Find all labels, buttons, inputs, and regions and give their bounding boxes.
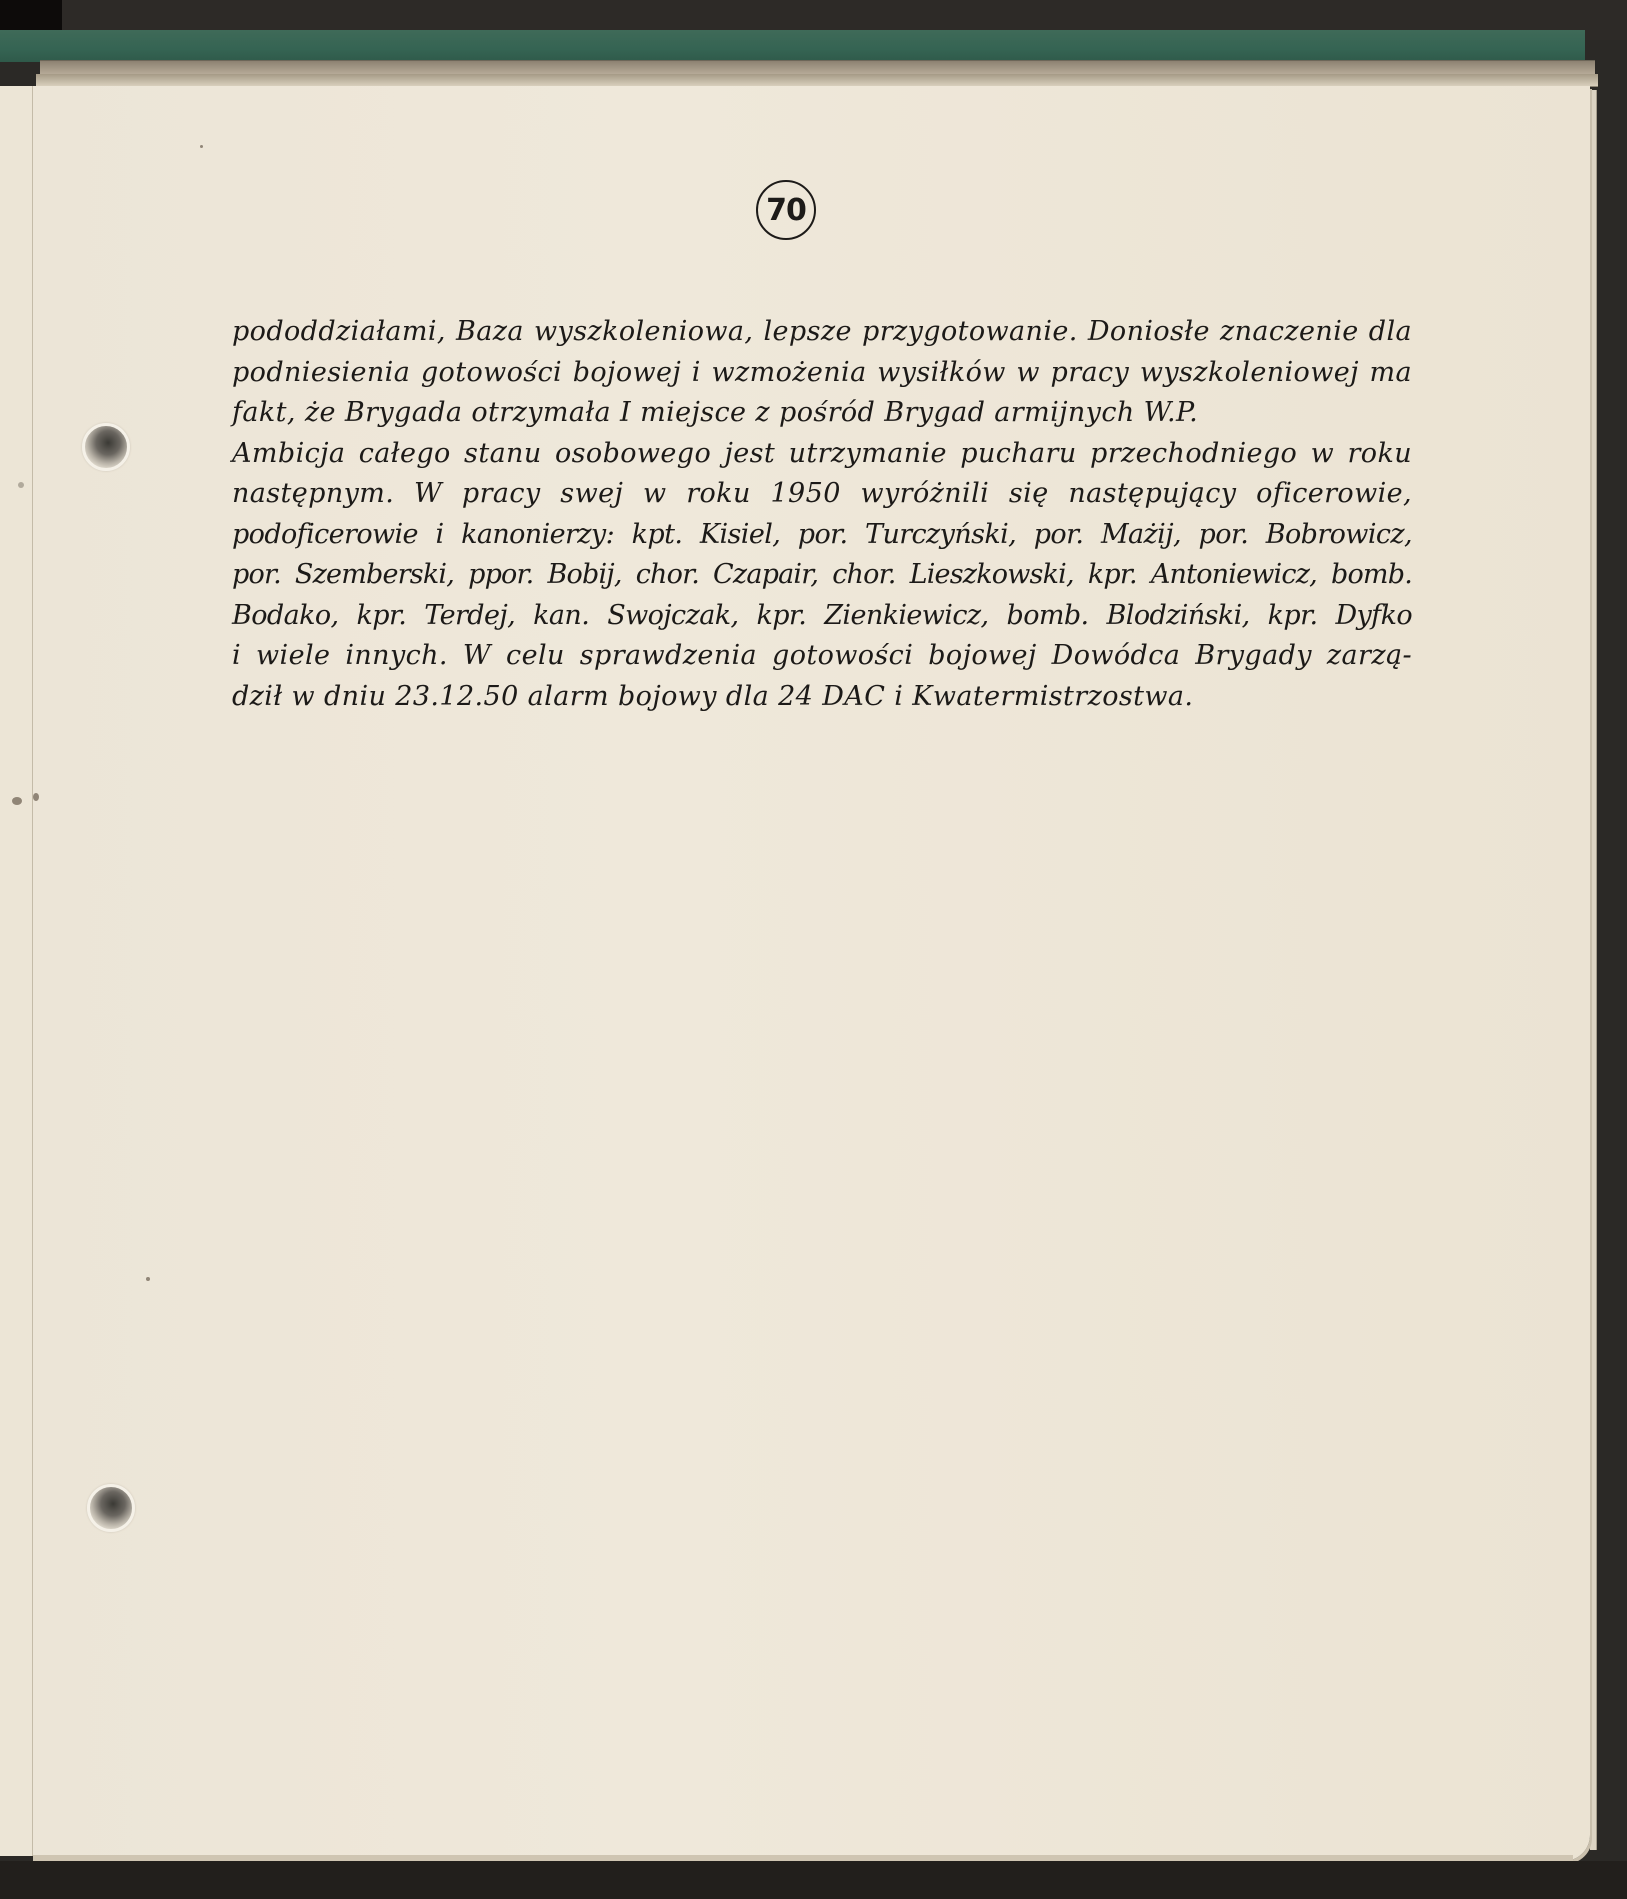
punch-hole-top: [82, 423, 130, 471]
punch-hole-bottom: [87, 1484, 135, 1532]
text-line: pododdziałami, Baza wyszkoleniowa, lepsz…: [232, 312, 1412, 353]
text-line: por. Szemberski, ppor. Bobij, chor. Czap…: [232, 555, 1412, 596]
ink-stain: [12, 797, 22, 805]
text-line: i wiele innych. W celu sprawdzenia gotow…: [232, 636, 1412, 677]
text-line: podoficerowie i kanonierzy: kpt. Kisiel,…: [232, 515, 1412, 556]
ink-stain: [146, 1277, 150, 1281]
ink-stain: [18, 482, 24, 488]
previous-page-edge: [0, 86, 33, 1856]
scan-background-corner: [0, 0, 62, 30]
page-stack-edge: [40, 60, 1595, 75]
page-number-stamp: 70: [756, 180, 816, 240]
binding-fold: [32, 86, 33, 1856]
text-line: fakt, że Brygada otrzymała I miejsce z p…: [232, 393, 1412, 434]
text-line: podniesienia gotowości bojowej i wzmożen…: [232, 353, 1412, 394]
green-book-cover: [0, 30, 1585, 62]
ink-stain: [33, 793, 39, 801]
scan-background-bottom: [0, 1861, 1627, 1899]
handwritten-text-body: pododdziałami, Baza wyszkoleniowa, lepsz…: [232, 312, 1412, 717]
text-line: dził w dniu 23.12.50 alarm bojowy dla 24…: [232, 677, 1412, 718]
page-edge-right: [1590, 90, 1597, 1850]
text-line: Ambicja całego stanu osobowego jest utrz…: [232, 434, 1412, 475]
ink-stain: [200, 145, 203, 148]
page-number: 70: [766, 193, 806, 228]
text-line: następnym. W pracy swej w roku 1950 wyró…: [232, 474, 1412, 515]
text-line: Bodako, kpr. Terdej, kan. Swojczak, kpr.…: [232, 596, 1412, 637]
